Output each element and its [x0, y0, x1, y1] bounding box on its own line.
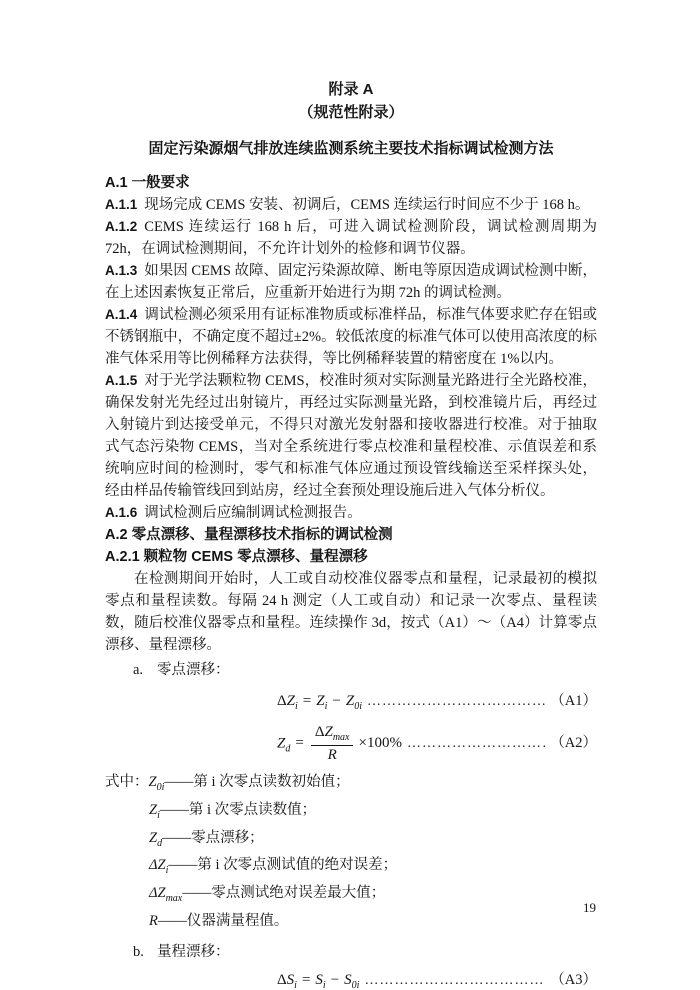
- dot-leader: ………………………………………………………………………………: [364, 973, 545, 989]
- document-page: 附录 A （规范性附录） 固定污染源烟气排放连续监测系统主要技术指标调试检测方法…: [0, 0, 700, 990]
- list-label: 量程漂移：: [157, 944, 230, 960]
- definition-row: Zi——第 i 次零点读数值；: [105, 799, 597, 827]
- clause-number: A.1.2: [105, 219, 137, 234]
- operator: −: [331, 972, 339, 988]
- clause-a1-2: A.1.2CEMS 连续运行 168 h 后，可进入调试检测阶段，调试检测周期为…: [105, 216, 597, 260]
- paragraph-a21-intro: 在检测期间开始时，人工或自动校准仪器零点和量程，记录最初的模拟零点和量程读数。每…: [105, 568, 597, 656]
- clause-text: 对于光学法颗粒物 CEMS，校准时须对实际测量光路进行全光路校准，确保发射光先经…: [105, 373, 597, 499]
- list-item-b: b.量程漂移：: [133, 941, 597, 963]
- definition-desc: 零点漂移；: [191, 830, 264, 846]
- symbol-base: ΔZ: [149, 857, 166, 873]
- definition-dash: ——: [160, 802, 189, 818]
- variable: Z: [346, 693, 354, 709]
- clause-text: 调试检测必须采用有证标准物质或标准样品，标准气体要求贮存在铝或不锈钢瓶中，不确定…: [105, 307, 597, 367]
- symbol-base: ΔZ: [149, 885, 166, 901]
- formula-equation: Zd=ΔZmaxR×100%: [277, 724, 402, 764]
- clause-number: A.1.6: [105, 505, 137, 520]
- definition-symbol: Zi: [149, 802, 160, 818]
- formula-a2: Zd=ΔZmaxR×100% ……………………………………………………………………: [105, 724, 597, 764]
- variable: Z: [287, 693, 295, 709]
- where-label: 式中：: [105, 774, 149, 790]
- clause-number: A.1.1: [105, 197, 137, 212]
- definition-row: R——仪器满量程值。: [105, 910, 597, 938]
- definition-dash: ——: [158, 913, 187, 929]
- formula-a3: ΔSi=Si−S0i ………………………………………………………………………………: [105, 968, 597, 990]
- symbol-base: Z: [149, 774, 157, 790]
- subscript: i: [295, 701, 298, 712]
- definition-dash: ——: [164, 774, 193, 790]
- list-label: 零点漂移：: [157, 662, 230, 678]
- variable: Z: [324, 724, 332, 740]
- clause-a1-5: A.1.5对于光学法颗粒物 CEMS，校准时须对实际测量光路进行全光路校准，确保…: [105, 370, 597, 502]
- section-a2-1-heading: A.2.1 颗粒物 CEMS 零点漂移、量程漂移: [105, 546, 597, 568]
- subscript: i: [323, 980, 326, 990]
- definition-desc: 仪器满量程值。: [187, 913, 289, 929]
- multiplier-text: ×100%: [358, 735, 401, 751]
- subscript: i: [294, 980, 297, 990]
- definition-dash: ——: [182, 885, 211, 901]
- definition-row: Zd——零点漂移；: [105, 827, 597, 855]
- subscript: 0i: [352, 980, 360, 990]
- definition-row: ΔZmax——零点测试绝对误差最大值；: [105, 882, 597, 910]
- clause-a1-6: A.1.6调试检测后应编制调试检测报告。: [105, 502, 597, 524]
- delta-symbol: Δ: [277, 972, 287, 988]
- definition-row: 式中：Z0i——第 i 次零点读数初始值；: [105, 771, 597, 799]
- page-content: 附录 A （规范性附录） 固定污染源烟气排放连续监测系统主要技术指标调试检测方法…: [105, 78, 597, 990]
- clause-number: A.1.5: [105, 373, 137, 388]
- variable: S: [344, 972, 352, 988]
- document-title: 固定污染源烟气排放连续监测系统主要技术指标调试检测方法: [105, 137, 597, 160]
- formula-a1: ΔZi=Zi−Z0i ………………………………………………………………………………: [105, 689, 597, 712]
- definition-symbol: ΔZmax: [149, 885, 182, 901]
- section-a1-heading: A.1 一般要求: [105, 172, 597, 194]
- clause-text: 调试检测后应编制调试检测报告。: [144, 505, 362, 521]
- list-item-a: a.零点漂移：: [133, 659, 597, 681]
- appendix-type: （规范性附录）: [105, 101, 597, 124]
- clause-number: A.1.4: [105, 307, 137, 322]
- operator: =: [303, 693, 311, 709]
- clause-a1-4: A.1.4调试检测必须采用有证标准物质或标准样品，标准气体要求贮存在铝或不锈钢瓶…: [105, 304, 597, 370]
- list-marker: b.: [133, 941, 157, 963]
- operator: =: [295, 735, 303, 751]
- formula-tag: （A1）: [550, 689, 597, 710]
- definition-symbol: R: [149, 913, 158, 929]
- symbol-base: Z: [149, 802, 157, 818]
- appendix-label: 附录 A: [105, 78, 597, 101]
- definition-symbol: ΔZi: [149, 857, 168, 873]
- fraction-numerator: ΔZmax: [311, 724, 354, 746]
- variable: Z: [316, 693, 324, 709]
- definition-dash: ——: [162, 830, 191, 846]
- clause-text: 如果因 CEMS 故障、固定污染源故障、断电等原因造成调试检测中断，在上述因素恢…: [105, 263, 597, 301]
- definition-desc: 第 i 次零点读数初始值；: [193, 774, 349, 790]
- fraction: ΔZmaxR: [311, 724, 354, 764]
- formula-tag: （A3）: [550, 968, 597, 989]
- definition-desc: 零点测试绝对误差最大值；: [211, 885, 385, 901]
- clause-number: A.1.3: [105, 263, 137, 278]
- definition-symbol: Z0i: [149, 774, 165, 790]
- definition-desc: 第 i 次零点测试值的绝对误差；: [197, 857, 397, 873]
- clause-text: 现场完成 CEMS 安装、初调后，CEMS 连续运行时间应不少于 168 h。: [144, 197, 589, 213]
- section-a2-heading: A.2 零点漂移、量程漂移技术指标的调试检测: [105, 524, 597, 546]
- fraction-denominator: R: [328, 746, 337, 764]
- symbol-subscript: max: [166, 893, 183, 904]
- dot-leader: ………………………………………………………………………………: [407, 736, 545, 752]
- symbol-base: R: [149, 913, 158, 929]
- formula-equation: ΔSi=Si−S0i: [277, 972, 359, 990]
- definition-symbol: Zd: [149, 830, 162, 846]
- subscript: d: [285, 743, 290, 754]
- page-number: 19: [583, 900, 596, 916]
- clause-a1-1: A.1.1现场完成 CEMS 安装、初调后，CEMS 连续运行时间应不少于 16…: [105, 194, 597, 216]
- operator: −: [332, 693, 340, 709]
- clause-text: CEMS 连续运行 168 h 后，可进入调试检测阶段，调试检测周期为 72h，…: [105, 219, 597, 257]
- definition-dash: ——: [168, 857, 197, 873]
- symbol-base: Z: [149, 830, 157, 846]
- delta-symbol: Δ: [277, 693, 287, 709]
- dot-leader: ………………………………………………………………………………: [367, 694, 545, 710]
- subscript: 0i: [354, 701, 362, 712]
- definition-desc: 第 i 次零点读数值；: [189, 802, 316, 818]
- subscript: i: [325, 701, 328, 712]
- formula-equation: ΔZi=Zi−Z0i: [277, 693, 362, 712]
- definitions-block: 式中：Z0i——第 i 次零点读数初始值； Zi——第 i 次零点读数值； Zd…: [105, 771, 597, 938]
- subscript: max: [333, 732, 350, 743]
- operator: =: [302, 972, 310, 988]
- variable: S: [315, 972, 323, 988]
- formula-tag: （A2）: [550, 731, 597, 752]
- definition-row: ΔZi——第 i 次零点测试值的绝对误差；: [105, 854, 597, 882]
- list-marker: a.: [133, 659, 157, 681]
- clause-a1-3: A.1.3如果因 CEMS 故障、固定污染源故障、断电等原因造成调试检测中断，在…: [105, 260, 597, 304]
